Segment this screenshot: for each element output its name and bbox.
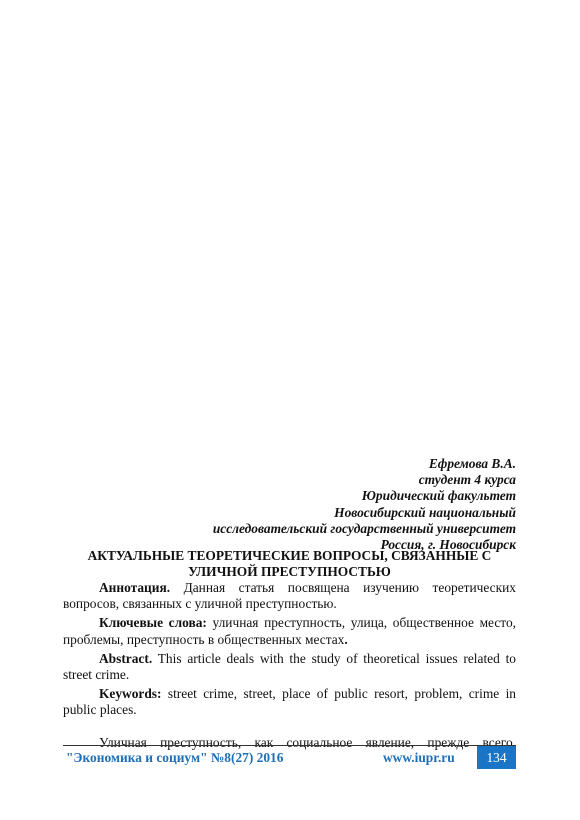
keywords-ru-end: . [344, 632, 347, 647]
annotation-paragraph: Аннотация. Данная статья посвящена изуче… [63, 580, 516, 612]
keywords-en-label: Keywords: [99, 686, 161, 701]
author-name: Ефремова В.А. [63, 456, 516, 472]
footer-divider [63, 745, 516, 746]
footer-website-link[interactable]: www.iupr.ru [383, 750, 455, 766]
abstract-paragraph: Abstract. This article deals with the st… [63, 651, 516, 683]
keywords-ru-paragraph: Ключевые слова: уличная преступность, ул… [63, 615, 516, 647]
keywords-en-paragraph: Keywords: street crime, street, place of… [63, 686, 516, 718]
abstract-label: Abstract. [99, 651, 152, 666]
page-number-badge: 134 [477, 746, 516, 769]
author-university-line1: Новосибирский национальный [63, 505, 516, 521]
page-number: 134 [486, 750, 506, 766]
author-block: Ефремова В.А. студент 4 курса Юридически… [63, 456, 516, 553]
annotation-label: Аннотация. [99, 580, 170, 595]
author-faculty: Юридический факультет [63, 488, 516, 504]
footer-journal-title: "Экономика и социум" №8(27) 2016 [66, 750, 283, 766]
body-first-line: Уличная преступность, как социальное явл… [99, 735, 516, 750]
article-body: Аннотация. Данная статья посвящена изуче… [63, 580, 516, 754]
title-line-1: АКТУАЛЬНЫЕ ТЕОРЕТИЧЕСКИЕ ВОПРОСЫ, СВЯЗАН… [63, 548, 516, 564]
document-page: Ефремова В.А. студент 4 курса Юридически… [0, 0, 580, 820]
author-status: студент 4 курса [63, 472, 516, 488]
body-paragraph: Уличная преступность, как социальное явл… [63, 735, 516, 751]
keywords-ru-label: Ключевые слова: [99, 615, 207, 630]
title-line-2: УЛИЧНОЙ ПРЕСТУПНОСТЬЮ [63, 564, 516, 580]
author-university-line2: исследовательский государственный универ… [63, 521, 516, 537]
article-title: АКТУАЛЬНЫЕ ТЕОРЕТИЧЕСКИЕ ВОПРОСЫ, СВЯЗАН… [63, 548, 516, 580]
